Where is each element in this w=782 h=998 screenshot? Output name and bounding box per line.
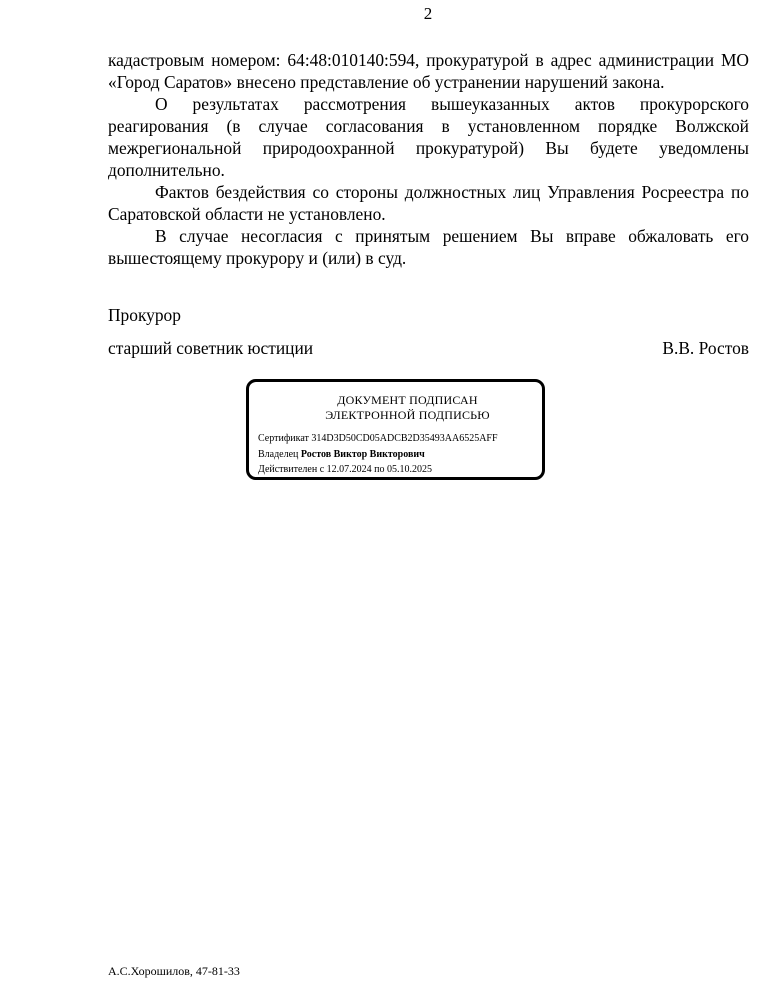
stamp-owner: Владелец Ростов Виктор Викторович (258, 449, 425, 460)
signatory-rank: старший советник юстиции (108, 338, 313, 359)
valid-from: 12.07.2024 (327, 464, 372, 475)
owner-value: Ростов Виктор Викторович (301, 449, 425, 460)
stamp-heading: ДОКУМЕНТ ПОДПИСАН ЭЛЕКТРОННОЙ ПОДПИСЬЮ (249, 393, 542, 423)
paragraph-cadastral: кадастровым номером: 64:48:010140:594, п… (108, 49, 749, 93)
executor-footer: А.С.Хорошилов, 47-81-33 (108, 964, 240, 979)
electronic-signature-stamp: ДОКУМЕНТ ПОДПИСАН ЭЛЕКТРОННОЙ ПОДПИСЬЮ С… (246, 379, 545, 480)
stamp-certificate: Сертификат 314D3D50CD05ADCB2D35493AA6525… (258, 433, 498, 444)
paragraph-appeal: В случае несогласия с принятым решением … (108, 225, 749, 269)
owner-label: Владелец (258, 449, 298, 460)
signatory-name: В.В. Ростов (662, 338, 749, 359)
page-number: 2 (0, 4, 782, 24)
stamp-heading-line2: ЭЛЕКТРОННОЙ ПОДПИСЬЮ (273, 408, 542, 423)
paragraph-results: О результатах рассмотрения вышеуказанных… (108, 93, 749, 181)
signatory-title: Прокурор (108, 305, 181, 326)
paragraph-no-inaction: Фактов бездействия со стороны должностны… (108, 181, 749, 225)
letter-body: кадастровым номером: 64:48:010140:594, п… (108, 49, 749, 269)
valid-label: Действителен с (258, 464, 324, 475)
stamp-validity: Действителен с 12.07.2024 по 05.10.2025 (258, 464, 432, 475)
certificate-label: Сертификат (258, 433, 309, 444)
valid-to: 05.10.2025 (387, 464, 432, 475)
valid-to-label: по (374, 464, 384, 475)
stamp-heading-line1: ДОКУМЕНТ ПОДПИСАН (273, 393, 542, 408)
certificate-value: 314D3D50CD05ADCB2D35493AA6525AFF (311, 433, 497, 444)
